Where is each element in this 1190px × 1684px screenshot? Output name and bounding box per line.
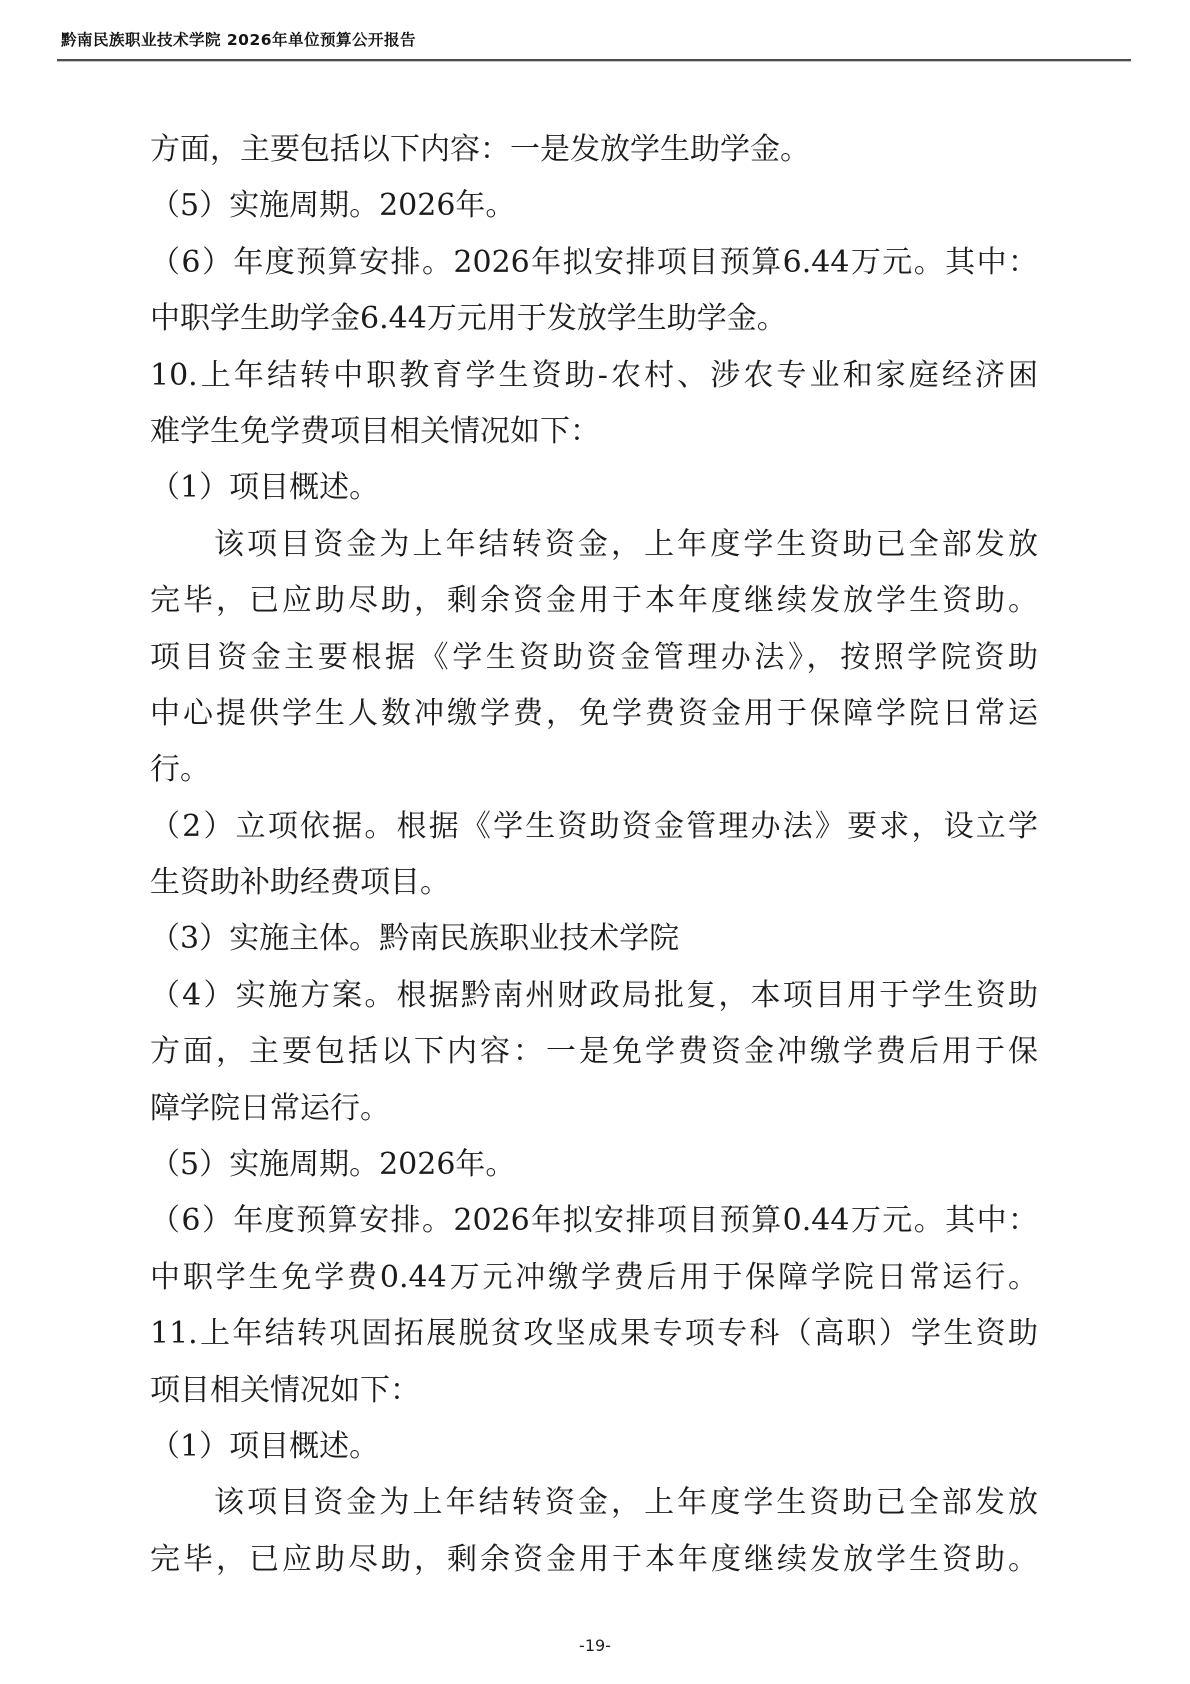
body-line: 中职学生免学费0.44万元冲缴学费后用于保障学院日常运行。 [150,1250,1038,1306]
body-line: （5）实施周期。2026年。 [150,178,1038,234]
body-line: （1）项目概述。 [150,1419,1038,1475]
body-line: 中职学生助学金6.44万元用于发放学生助学金。 [150,291,1038,347]
body-line: （6）年度预算安排。2026年拟安排项目预算6.44万元。其中： [150,235,1038,291]
body-line: 该项目资金为上年结转资金，上年度学生资助已全部发放 [150,1475,1038,1531]
body-line: （3）实施主体。黔南民族职业技术学院 [150,911,1038,967]
page-number: -19- [579,1636,611,1655]
body-line: 10.上年结转中职教育学生资助-农村、涉农专业和家庭经济困 [150,348,1038,404]
report-header-title: 黔南民族职业技术学院 2026年单位预算公开报告 [57,28,1131,50]
body-line: （4）实施方案。根据黔南州财政局批复，本项目用于学生资助 [150,968,1038,1024]
body-line: 项目相关情况如下： [150,1363,1038,1419]
body-line: （6）年度预算安排。2026年拟安排项目预算0.44万元。其中： [150,1193,1038,1249]
body-line: 该项目资金为上年结转资金，上年度学生资助已全部发放 [150,517,1038,573]
body-line: 难学生免学费项目相关情况如下： [150,404,1038,460]
body-line: 行。 [150,742,1038,798]
body-line: 方面，主要包括以下内容：一是免学费资金冲缴学费后用于保 [150,1024,1038,1080]
body-line: 生资助补助经费项目。 [150,855,1038,911]
body-line: 项目资金主要根据《学生资助资金管理办法》，按照学院资助 [150,630,1038,686]
body-line: 方面，主要包括以下内容：一是发放学生助学金。 [150,122,1038,178]
body-line: （2）立项依据。根据《学生资助资金管理办法》要求，设立学 [150,799,1038,855]
body-line: 完毕，已应助尽助，剩余资金用于本年度继续发放学生资助。 [150,573,1038,629]
body-line: 11.上年结转巩固拓展脱贫攻坚成果专项专科（高职）学生资助 [150,1306,1038,1362]
page-footer: -19- [0,1636,1190,1655]
header-rule [57,59,1131,62]
document-page: 黔南民族职业技术学院 2026年单位预算公开报告 方面，主要包括以下内容：一是发… [0,0,1190,1684]
body-line: （5）实施周期。2026年。 [150,1137,1038,1193]
body-line: 中心提供学生人数冲缴学费，免学费资金用于保障学院日常运 [150,686,1038,742]
body-line: （1）项目概述。 [150,460,1038,516]
page-header: 黔南民族职业技术学院 2026年单位预算公开报告 [57,28,1131,62]
body-line: 障学院日常运行。 [150,1081,1038,1137]
body-line: 完毕，已应助尽助，剩余资金用于本年度继续发放学生资助。 [150,1532,1038,1588]
document-body: 方面，主要包括以下内容：一是发放学生助学金。 （5）实施周期。2026年。 （6… [150,122,1038,1588]
